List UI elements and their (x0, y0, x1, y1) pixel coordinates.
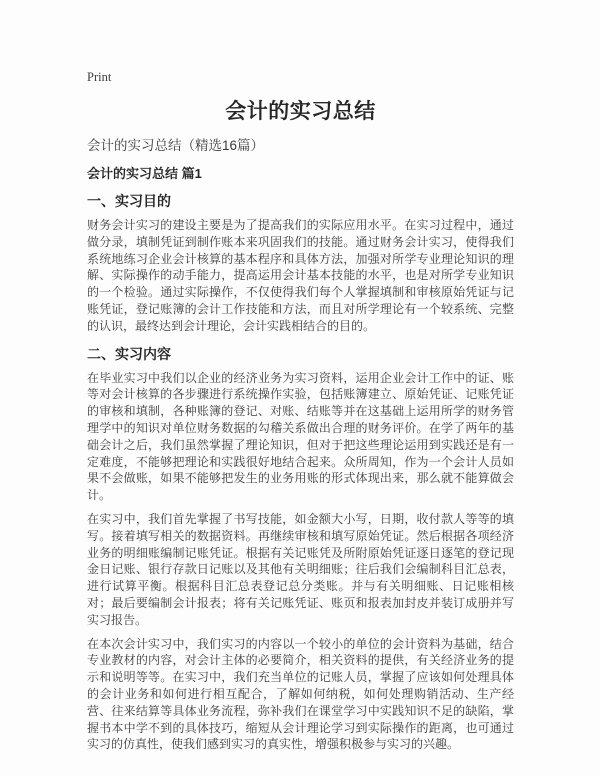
paragraph-purpose: 财务会计实习的建设主要是为了提高我们的实际应用水平。在实习过程中，通过做分录，填… (87, 217, 514, 335)
part-heading: 会计的实习总结 篇1 (87, 166, 514, 182)
section-heading-purpose: 一、实习目的 (87, 193, 514, 210)
paragraph-content-2: 在实习中，我们首先掌握了书写技能，如金额大小写，日期，收付款人等等的填写。接着填… (87, 511, 514, 629)
paragraph-content-3: 在本次会计实习中，我们实习的内容以一个较小的单位的会计资料为基础，结合专业教材的… (87, 636, 514, 754)
document-page: Print 会计的实习总结 会计的实习总结（精选16篇） 会计的实习总结 篇1 … (0, 0, 600, 776)
document-content: Print 会计的实习总结 会计的实习总结（精选16篇） 会计的实习总结 篇1 … (0, 0, 600, 753)
section-heading-content: 二、实习内容 (87, 346, 514, 363)
doc-subtitle: 会计的实习总结（精选16篇） (87, 138, 514, 154)
paragraph-content-1: 在毕业实习中我们以企业的经济业务为实习资料，运用企业会计工作中的证、账等对会计核… (87, 370, 514, 504)
page-title: 会计的实习总结 (87, 99, 514, 125)
print-link[interactable]: Print (87, 70, 111, 85)
